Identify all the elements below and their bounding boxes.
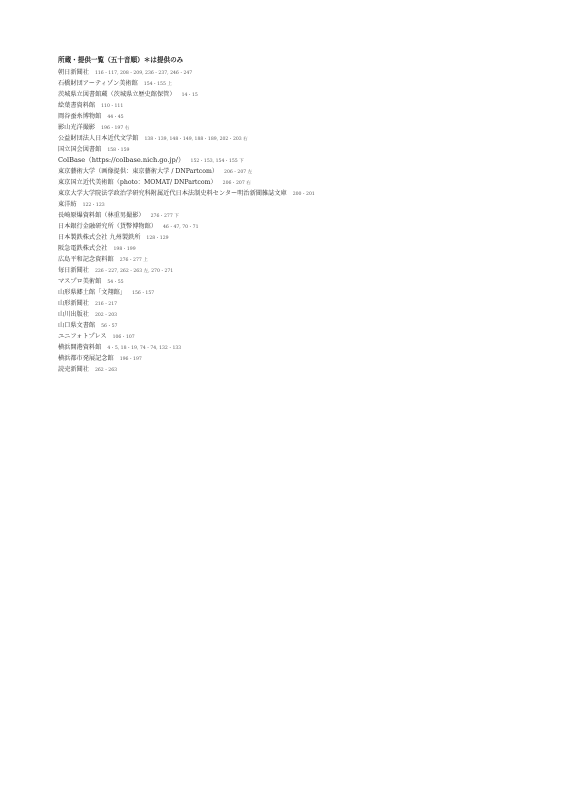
page-title: 所蔵・提供一覧（五十音順）＊は提供のみ — [58, 55, 538, 67]
credit-entry: 広島平和記念資料館276・277 上 — [58, 254, 538, 265]
credit-source-name: 公益財団法人日本近代文学館 — [58, 135, 138, 142]
credits-list: 朝日新聞社116・117, 208・209, 236・237, 246・247石… — [58, 67, 538, 375]
credit-page-numbers: 56・57 — [101, 324, 117, 329]
credit-page-numbers: 276・277 下 — [151, 214, 179, 219]
credit-page-numbers: 262・263 — [95, 368, 117, 373]
credit-source-name: 広島平和記念資料館 — [58, 256, 114, 263]
credit-source-name: 読売新聞社 — [58, 366, 89, 373]
credit-entry: 東京藝術大学（画像提供：東京藝術大学 / DNPartcom）206・207 左 — [58, 166, 538, 177]
credit-page-numbers: 14・15 — [182, 93, 198, 98]
credit-source-name: 毎日新聞社 — [58, 267, 89, 274]
credit-page-numbers: 216・217 — [95, 302, 117, 307]
credit-entry: 読売新聞社262・263 — [58, 364, 538, 375]
credit-page-numbers: 226・227, 262・263 左, 270・271 — [95, 269, 173, 274]
credit-page-numbers: 202・203 — [95, 313, 117, 318]
title-note: ＊は提供のみ — [144, 56, 184, 64]
credit-entry: 岡谷蚕糸博物館44・45 — [58, 111, 538, 122]
credit-page-numbers: 54・55 — [107, 280, 123, 285]
credit-source-name: 茨城県立図書館蔵（茨城県立歴史館保管） — [58, 91, 176, 98]
credit-page-numbers: 4・5, 18・19, 74・74, 132・133 — [107, 346, 181, 351]
credit-page-numbers: 152・153, 154・155 下 — [191, 159, 244, 164]
credit-page-numbers: 198・199 — [114, 247, 136, 252]
credit-entry: 毎日新聞社226・227, 262・263 左, 270・271 — [58, 265, 538, 276]
credit-page-numbers: 44・45 — [107, 115, 123, 120]
credit-entry: 山口県文書館56・57 — [58, 320, 538, 331]
credits-page: 所蔵・提供一覧（五十音順）＊は提供のみ 朝日新聞社116・117, 208・20… — [58, 55, 538, 375]
credit-page-numbers: 206・207 右 — [223, 181, 251, 186]
credit-page-numbers: 158・159 — [107, 148, 129, 153]
title-text: 所蔵・提供一覧（五十音順） — [58, 56, 144, 64]
credit-entry: 国立国会図書館158・159 — [58, 144, 538, 155]
credit-source-name: 影山光洋撮影 — [58, 124, 95, 131]
credit-page-numbers: 154・155 上 — [144, 82, 172, 87]
credit-source-name: 東京藝術大学（画像提供：東京藝術大学 / DNPartcom） — [58, 168, 218, 175]
credit-page-numbers: 156・157 — [132, 291, 154, 296]
credit-page-numbers: 138・139, 148・149, 188・189, 202・203 右 — [144, 137, 247, 142]
credit-entry: 朝日新聞社116・117, 208・209, 236・237, 246・247 — [58, 67, 538, 78]
credit-page-numbers: 200・201 — [293, 192, 315, 197]
credit-source-name: 長崎原爆資料館（林重男撮影） — [58, 212, 145, 219]
credit-page-numbers: 110・111 — [101, 104, 123, 109]
credit-source-name: 東洋紡 — [58, 201, 77, 208]
credit-entry: 横浜開港資料館4・5, 18・19, 74・74, 132・133 — [58, 342, 538, 353]
credit-source-name: 国立国会図書館 — [58, 146, 101, 153]
credit-source-name: 朝日新聞社 — [58, 69, 89, 76]
credit-entry: ColBase（https://colbase.nich.go.jp/）152・… — [58, 155, 538, 166]
credit-page-numbers: 122・123 — [83, 203, 105, 208]
credit-entry: 阪急電鉄株式会社198・199 — [58, 243, 538, 254]
credit-source-name: 阪急電鉄株式会社 — [58, 245, 108, 252]
credit-entry: 長崎原爆資料館（林重男撮影）276・277 下 — [58, 210, 538, 221]
credit-entry: 日本銀行金融研究所（貨幣博物館）46・47, 70・71 — [58, 221, 538, 232]
credit-source-name: 日本銀行金融研究所（貨幣博物館） — [58, 223, 157, 230]
credit-source-name: 日本製鉄株式会社 九州製鉄所 — [58, 234, 140, 241]
credit-source-name: 横浜開港資料館 — [58, 344, 101, 351]
credit-entry: 横浜都市発展記念館196・197 — [58, 353, 538, 364]
credit-entry: 石橋財団アーティゾン美術館154・155 上 — [58, 78, 538, 89]
credit-source-name: 山形県郷土館「文翔館」 — [58, 289, 126, 296]
credit-entry: 日本製鉄株式会社 九州製鉄所128・129 — [58, 232, 538, 243]
credit-page-numbers: 196・197 — [120, 357, 142, 362]
credit-entry: 東京国立近代美術館（photo：MOMAT/ DNPartcom）206・207… — [58, 177, 538, 188]
credit-entry: ユニフォトプレス106・107 — [58, 331, 538, 342]
credit-entry: 影山光洋撮影196・197 右 — [58, 122, 538, 133]
credit-page-numbers: 116・117, 208・209, 236・237, 246・247 — [95, 71, 192, 76]
credit-source-name: マスプロ美術館 — [58, 278, 101, 285]
credit-page-numbers: 128・129 — [146, 236, 168, 241]
credit-entry: 山川出版社202・203 — [58, 309, 538, 320]
credit-source-name: 横浜都市発展記念館 — [58, 355, 114, 362]
credit-page-numbers: 206・207 左 — [224, 170, 252, 175]
credit-page-numbers: 46・47, 70・71 — [163, 225, 199, 230]
credit-source-name: ColBase（https://colbase.nich.go.jp/） — [58, 156, 185, 164]
credit-entry: 山形県郷土館「文翔館」156・157 — [58, 287, 538, 298]
credit-entry: 絵葉書資料館110・111 — [58, 100, 538, 111]
credit-source-name: 東京大学大学院法学政治学研究科附属近代日本法制史料センター明治新聞雑誌文庫 — [58, 190, 287, 197]
credit-source-name: 東京国立近代美術館（photo：MOMAT/ DNPartcom） — [58, 179, 217, 186]
credit-page-numbers: 106・107 — [113, 335, 135, 340]
credit-source-name: 岡谷蚕糸博物館 — [58, 113, 101, 120]
credit-source-name: 石橋財団アーティゾン美術館 — [58, 80, 138, 87]
credit-source-name: 絵葉書資料館 — [58, 102, 95, 109]
credit-source-name: 山川出版社 — [58, 311, 89, 318]
credit-entry: 東京大学大学院法学政治学研究科附属近代日本法制史料センター明治新聞雑誌文庫200… — [58, 188, 538, 199]
credit-page-numbers: 276・277 上 — [120, 258, 148, 263]
credit-entry: 茨城県立図書館蔵（茨城県立歴史館保管）14・15 — [58, 89, 538, 100]
credit-entry: マスプロ美術館54・55 — [58, 276, 538, 287]
credit-entry: 山形新聞社216・217 — [58, 298, 538, 309]
credit-entry: 東洋紡122・123 — [58, 199, 538, 210]
credit-source-name: 山形新聞社 — [58, 300, 89, 307]
credit-page-numbers: 196・197 右 — [101, 126, 129, 131]
credit-source-name: 山口県文書館 — [58, 322, 95, 329]
credit-entry: 公益財団法人日本近代文学館138・139, 148・149, 188・189, … — [58, 133, 538, 144]
credit-source-name: ユニフォトプレス — [58, 333, 107, 340]
